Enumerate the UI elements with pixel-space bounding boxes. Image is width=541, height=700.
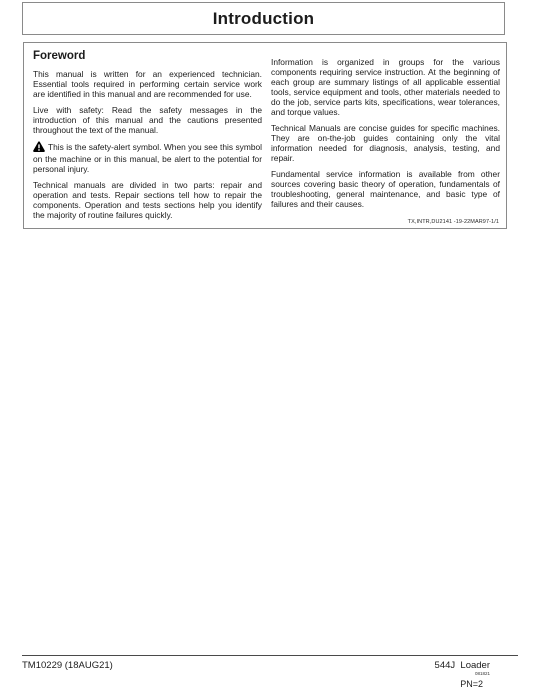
page-title-box: Introduction (22, 2, 505, 35)
safety-alert-triangle-icon (33, 141, 45, 154)
paragraph: Information is organized in groups for t… (271, 57, 500, 117)
footer-page-number: PN=2 (460, 679, 483, 690)
footer-print-stamp: 081821 (435, 671, 490, 676)
manual-page: Introduction Foreword This manual is wri… (0, 0, 541, 700)
paragraph: Technical manuals are divided in two par… (33, 180, 262, 220)
alert-paragraph-text: This is the safety-alert symbol. When yo… (33, 142, 262, 174)
footer-manual-code: TM10229 (18AUG21) (22, 660, 113, 671)
page-title: Introduction (213, 9, 315, 29)
paragraph: This manual is written for an experience… (33, 69, 262, 99)
footer-model-name: 544J Loader (435, 660, 490, 671)
paragraph: Live with safety: Read the safety messag… (33, 105, 262, 135)
right-column: Information is organized in groups for t… (271, 50, 500, 226)
safety-alert-paragraph: This is the safety-alert symbol. When yo… (33, 141, 262, 174)
footer-divider (22, 655, 518, 656)
two-column-layout: Foreword This manual is written for an e… (33, 50, 501, 226)
paragraph: Fundamental service information is avail… (271, 169, 500, 209)
left-column: Foreword This manual is written for an e… (33, 50, 262, 226)
footer-right-block: 544J Loader 081821 PN=2 (435, 658, 490, 690)
foreword-section: Foreword This manual is written for an e… (23, 42, 507, 229)
document-reference-code: TX,INTR,DU2141 -19-22MAR97-1/1 (408, 219, 499, 225)
paragraph: Technical Manuals are concise guides for… (271, 123, 500, 163)
foreword-heading: Foreword (33, 50, 262, 62)
